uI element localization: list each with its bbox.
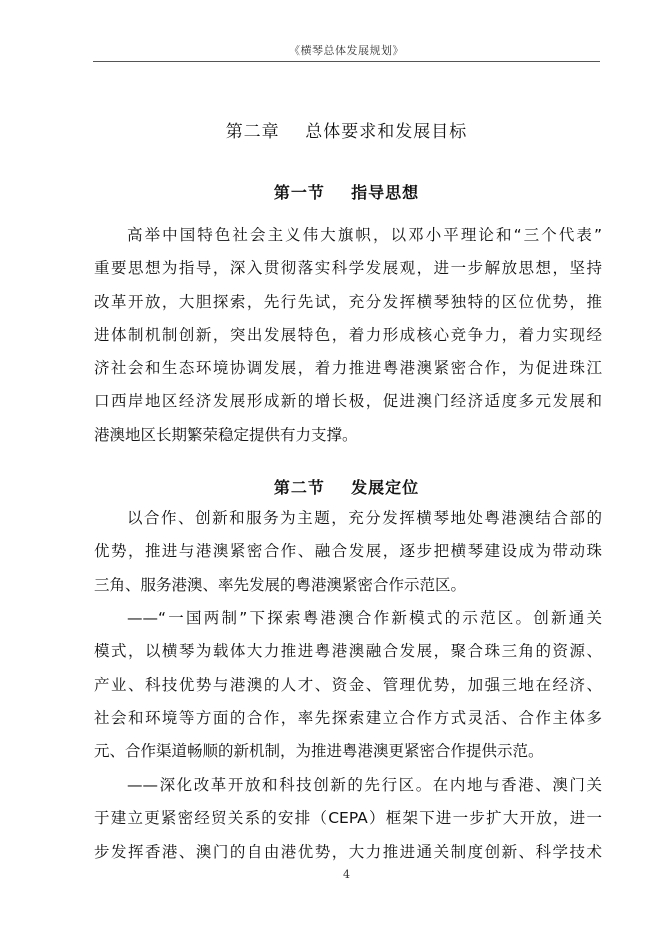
running-header: 《横琴总体发展规划》 [93, 42, 600, 58]
paragraph-line: 于建立更紧密经贸关系的安排（CEPA）框架下进一步扩大开放，进一 [94, 802, 602, 835]
paragraph-line: 模式，以横琴为载体大力推进粤港澳融合发展，聚合珠三角的资源、 [94, 635, 602, 668]
paragraph-line: 口西岸地区经济发展形成新的增长极，促进澳门经济适度多元发展和 [94, 385, 602, 418]
page-number: 4 [93, 868, 600, 881]
paragraph-line: 优势，推进与港澳紧密合作、融合发展，逐步把横琴建设成为带动珠 [94, 535, 602, 568]
section-title-development-positioning: 第二节 发展定位 [93, 475, 600, 498]
paragraph-line: 进体制机制创新，突出发展特色，着力形成核心竞争力，着力实现经 [94, 319, 602, 352]
section-title-guiding-ideology: 第一节 指导思想 [93, 180, 600, 203]
paragraph-line: ——深化改革开放和科技创新的先行区。在内地与香港、澳门关 [94, 769, 602, 802]
paragraph-reform-pilot-zone: ——深化改革开放和科技创新的先行区。在内地与香港、澳门关 于建立更紧密经贸关系的… [94, 769, 602, 869]
header-rule [93, 61, 600, 62]
paragraph-line: 济社会和生态环境协调发展，着力推进粤港澳紧密合作，为促进珠江 [94, 352, 602, 385]
paragraph-one-country-two-systems: ——“一国两制”下探索粤港澳合作新模式的示范区。创新通关 模式，以横琴为载体大力… [94, 602, 602, 768]
paragraph-line: 社会和环境等方面的合作，率先探索建立合作方式灵活、合作主体多 [94, 702, 602, 735]
paragraph-positioning-intro: 以合作、创新和服务为主题，充分发挥横琴地处粤港澳结合部的 优势，推进与港澳紧密合… [94, 502, 602, 602]
paragraph-line: 元、合作渠道畅顺的新机制，为推进粤港澳更紧密合作提供示范。 [94, 735, 602, 768]
paragraph-guiding-ideology: 高举中国特色社会主义伟大旗帜，以邓小平理论和“三个代表” 重要思想为指导，深入贯… [94, 219, 602, 452]
paragraph-line: 三角、服务港澳、率先发展的粤港澳紧密合作示范区。 [94, 569, 602, 602]
paragraph-line: 港澳地区长期繁荣稳定提供有力支撑。 [94, 419, 602, 452]
paragraph-line: 改革开放，大胆探索，先行先试，充分发挥横琴独特的区位优势，推 [94, 286, 602, 319]
chapter-title: 第二章 总体要求和发展目标 [93, 117, 600, 142]
paragraph-line: 重要思想为指导，深入贯彻落实科学发展观，进一步解放思想，坚持 [94, 252, 602, 285]
paragraph-line: 步发挥香港、澳门的自由港优势，大力推进通关制度创新、科学技术 [94, 836, 602, 869]
paragraph-line: 以合作、创新和服务为主题，充分发挥横琴地处粤港澳结合部的 [94, 502, 602, 535]
paragraph-line: 高举中国特色社会主义伟大旗帜，以邓小平理论和“三个代表” [94, 219, 602, 252]
paragraph-line: ——“一国两制”下探索粤港澳合作新模式的示范区。创新通关 [94, 602, 602, 635]
paragraph-line: 产业、科技优势与港澳的人才、资金、管理优势，加强三地在经济、 [94, 669, 602, 702]
